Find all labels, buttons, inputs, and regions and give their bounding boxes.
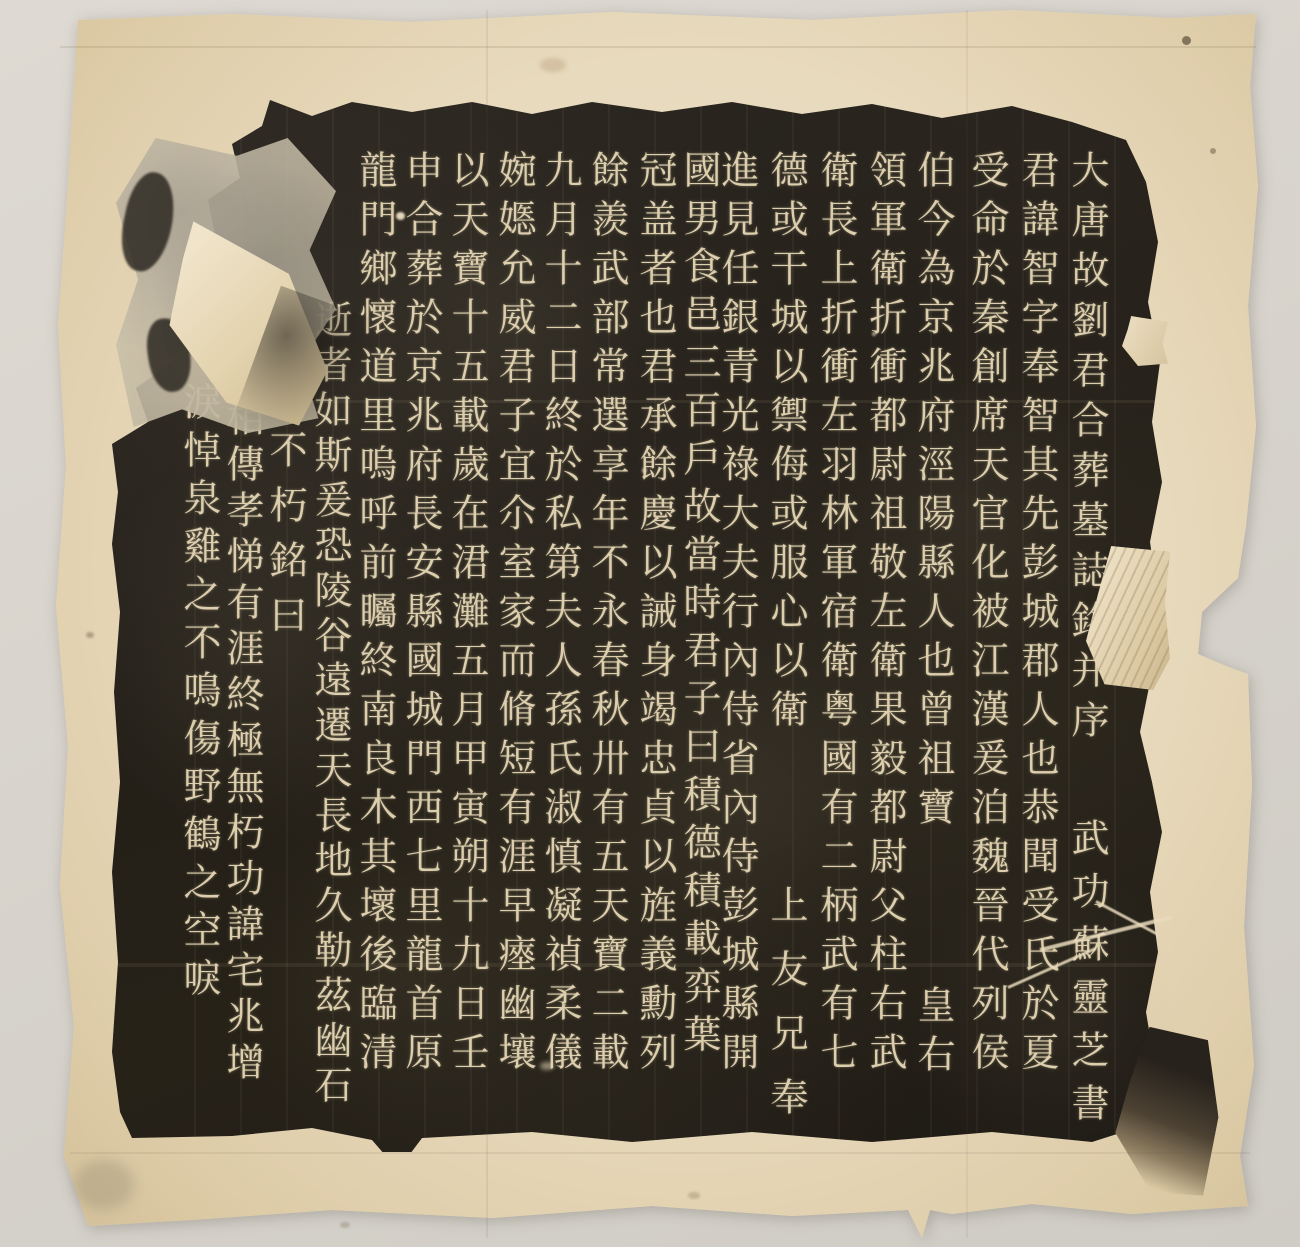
- text-column-16: 龍門鄉懷道里嗚呼前矚終南良木其壞後臨清: [355, 150, 393, 1081]
- text-column-4-seg2: 皇右: [913, 985, 951, 1083]
- text-column-10: 冠盖者也君承餘慶以誡身竭忠貞以旌義勳列: [635, 150, 673, 1081]
- text-column-12: 九月十二日終於私第夫人孫氏淑慎凝禎柔儀: [540, 150, 578, 1081]
- text-column-15: 申合葬於京兆府長安縣國城門西七里龍首原: [401, 150, 439, 1081]
- text-column-18: 不朽銘曰: [265, 430, 303, 650]
- text-column-4-seg1: 伯今為京兆府涇陽縣人也曾祖寶: [913, 150, 951, 836]
- text-column-13: 婉嫕允威君子宜尒室家而脩短有涯早瘞幽壤: [494, 150, 532, 1081]
- text-column-2: 君諱智字奉智其先彭城郡人也恭聞受氏於夏: [1017, 150, 1055, 1081]
- text-column-17: 逝者如斯爰恐陵谷遠遷天長地久勒茲幽石: [310, 300, 348, 1110]
- text-column-9: 國男食邑三百戶故當時君子曰積德積載弈葉: [679, 150, 717, 1062]
- text-column-20: 淚悼泉雞之不鳴傷野鶴之空唳: [179, 382, 217, 1006]
- text-column-11: 餘羨武部常選享年不永春秋卅有五天寶二載: [587, 150, 625, 1081]
- text-column-5: 領軍衛折衝都尉祖敬左衛果毅都尉父柱右武: [865, 150, 903, 1081]
- text-column-6: 衛長上折衝左羽林軍宿衛粤國有二柄武有七: [816, 150, 854, 1081]
- text-column-3: 受命於秦創席天官化被江漢爰洎魏晉代列侯: [967, 150, 1005, 1081]
- text-column-7-seg1: 德或干城以禦侮或服心以衛: [766, 150, 804, 738]
- text-column-7-seg2: 上友兄奉: [766, 885, 804, 1141]
- text-column-1-seg2: 武功蘇靈芝書: [1067, 818, 1105, 1136]
- text-column-8: 進見任銀青光祿大夫行內侍省內侍彭城縣開: [717, 150, 755, 1081]
- rubbing-photo: 大唐故劉君合葬墓誌銘并序武功蘇靈芝書君諱智字奉智其先彭城郡人也恭聞受氏於夏受命於…: [0, 0, 1300, 1247]
- text-column-19: 何相傳孝悌有涯終極無朽功諱宅兆增: [222, 352, 260, 1088]
- text-column-14: 以天寶十五載歲在涒灘五月甲寅朔十九日壬: [447, 150, 485, 1081]
